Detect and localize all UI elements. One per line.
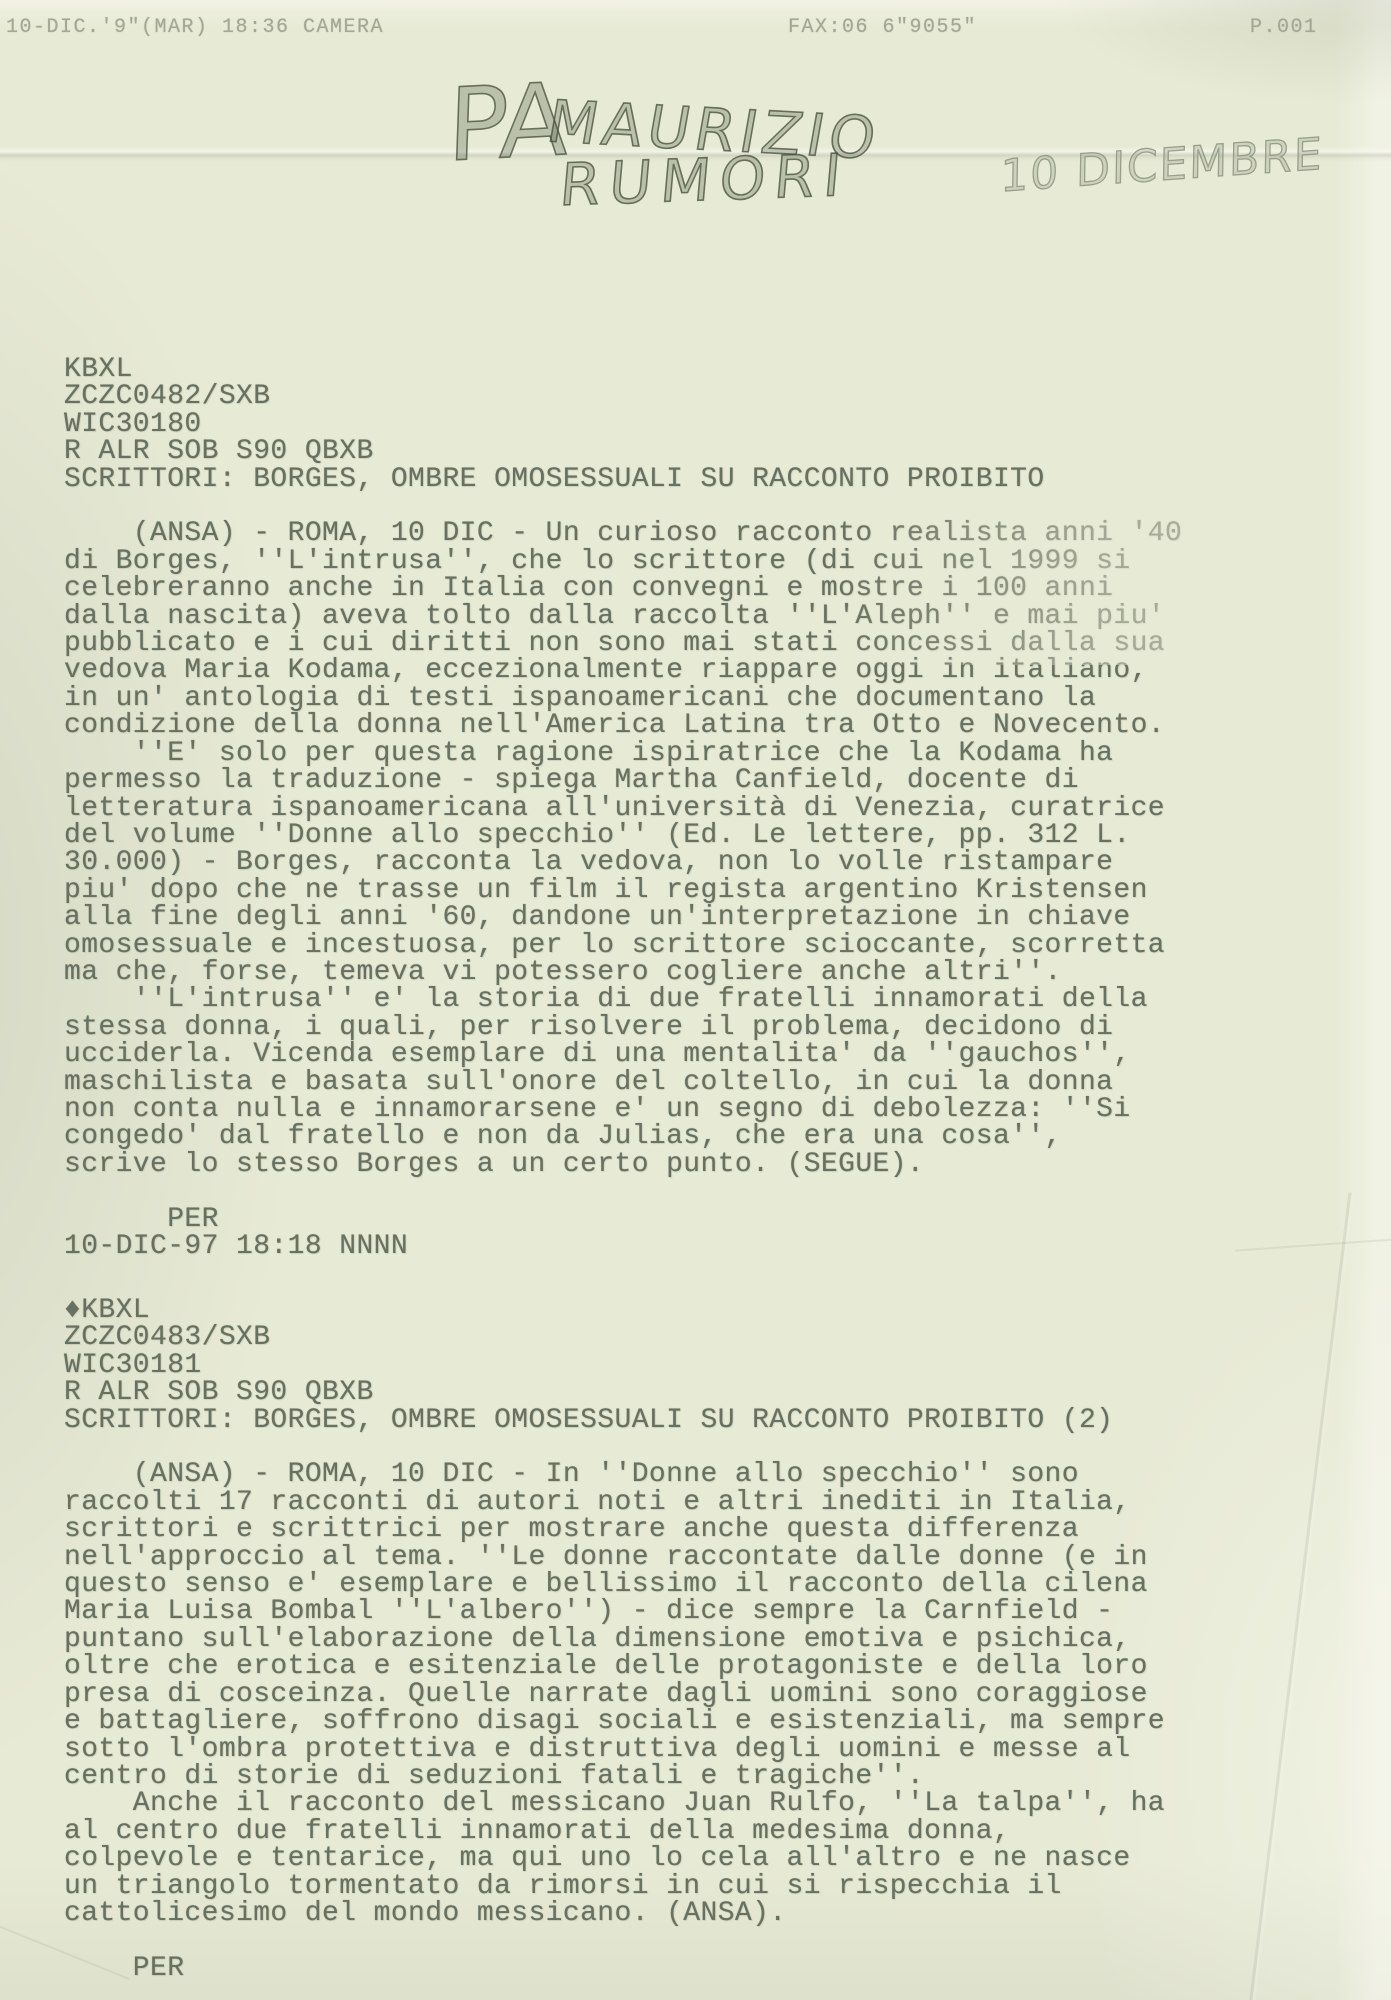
fax-number: FAX:06 6"9055" bbox=[788, 16, 977, 39]
scanned-fax-page: 10-DIC.'9"(MAR) 18:36 CAMERA FAX:06 6"90… bbox=[0, 0, 1391, 2000]
fax-datetime: 10-DIC.'9"(MAR) 18:36 bbox=[6, 16, 290, 39]
fax-page-number: P.001 bbox=[1250, 16, 1318, 39]
handwritten-date-note: 10 DICEMBRE bbox=[1000, 129, 1324, 203]
bottom-right-crease bbox=[1249, 1192, 1352, 2000]
faded-print-area bbox=[838, 490, 1268, 665]
mid-right-crease bbox=[1235, 1238, 1391, 1251]
fax-sender-name: CAMERA bbox=[303, 16, 384, 39]
wire-message-2: ♦KBXL ZCZC0483/SXB WIC30181 R ALR SOB S9… bbox=[64, 1297, 1165, 1982]
fax-transmission-header: 10-DIC.'9"(MAR) 18:36 CAMERA FAX:06 6"90… bbox=[0, 0, 1391, 46]
handwritten-recipient-surname: RUMORI bbox=[557, 141, 853, 219]
